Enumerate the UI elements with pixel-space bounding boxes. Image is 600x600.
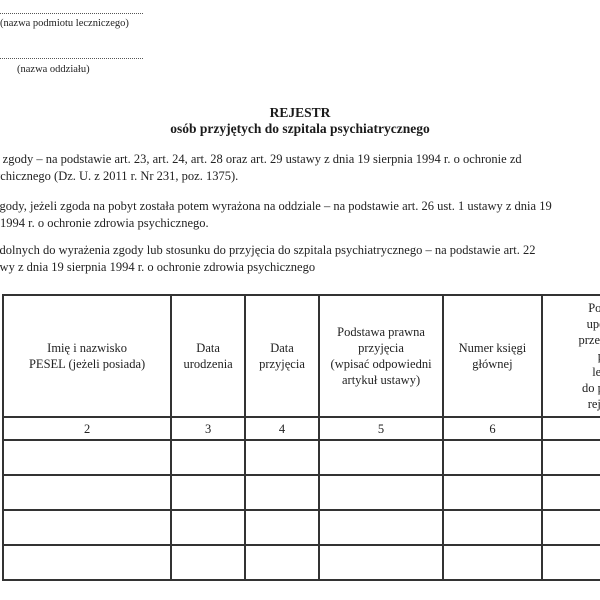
table-cell[interactable] xyxy=(3,475,171,510)
table-cell[interactable] xyxy=(319,510,443,545)
header-cell-legal-basis: Podstawa prawna przyjęcia (wpisać odpowi… xyxy=(319,295,443,417)
column-number: 4 xyxy=(245,417,319,440)
column-number: 5 xyxy=(319,417,443,440)
ward-name-caption: (nazwa oddziału) xyxy=(17,64,90,75)
table-cell[interactable] xyxy=(443,510,542,545)
table-cell[interactable] xyxy=(245,545,319,580)
entity-name-caption: (nazwa podmiotu leczniczego) xyxy=(0,18,129,29)
paragraph-2-line-1: zgody, jeżeli zgoda na pobyt została pot… xyxy=(0,199,552,214)
header-cell-main-book-number: Numer księgi głównej xyxy=(443,295,542,417)
header-cell-name-pesel: Imię i nazwisko PESEL (jeżeli posiada) xyxy=(3,295,171,417)
table-column-number-row: 2 3 4 5 6 7 xyxy=(3,417,600,440)
column-number: 7 xyxy=(542,417,600,440)
table-cell[interactable] xyxy=(319,440,443,475)
table-cell[interactable] xyxy=(443,440,542,475)
table-cell[interactable] xyxy=(542,475,600,510)
table-cell[interactable] xyxy=(171,545,245,580)
table-cell[interactable] xyxy=(245,475,319,510)
table-cell[interactable] xyxy=(443,475,542,510)
table-cell[interactable] xyxy=(542,510,600,545)
table-cell[interactable] xyxy=(542,440,600,475)
header-cell-admission-date: Data przyjęcia xyxy=(245,295,319,417)
document-subtitle: osób przyjętych do szpitala psychiatrycz… xyxy=(0,121,600,137)
header-cell-birth-date: Data urodzenia xyxy=(171,295,245,417)
column-number: 6 xyxy=(443,417,542,440)
table-row xyxy=(3,510,600,545)
table-cell[interactable] xyxy=(245,440,319,475)
column-number: 2 xyxy=(3,417,171,440)
table-cell[interactable] xyxy=(542,545,600,580)
table-cell[interactable] xyxy=(3,440,171,475)
ward-name-dotted-line[interactable] xyxy=(0,58,143,59)
paragraph-3-line-1: zdolnych do wyrażenia zgody lub stosunku… xyxy=(0,243,536,258)
table-row xyxy=(3,440,600,475)
table-cell[interactable] xyxy=(3,545,171,580)
entity-name-dotted-line[interactable] xyxy=(0,13,143,14)
header-cell-signature: Podpis osoby upoważnionej przez kierowni… xyxy=(542,295,600,417)
paragraph-1-line-2: ychicznego (Dz. U. z 2011 r. Nr 231, poz… xyxy=(0,169,238,184)
document-title: REJESTR xyxy=(0,105,600,121)
table-cell[interactable] xyxy=(171,510,245,545)
paragraph-1-line-1: z zgody – na podstawie art. 23, art. 24,… xyxy=(0,152,522,167)
table-row xyxy=(3,475,600,510)
register-table: Imię i nazwisko PESEL (jeżeli posiada) D… xyxy=(2,294,600,581)
paragraph-2-line-2: 1994 r. o ochronie zdrowia psychicznego. xyxy=(0,216,209,231)
table-cell[interactable] xyxy=(171,475,245,510)
table-cell[interactable] xyxy=(319,545,443,580)
table-cell[interactable] xyxy=(245,510,319,545)
table-cell[interactable] xyxy=(319,475,443,510)
table-cell[interactable] xyxy=(171,440,245,475)
table-row xyxy=(3,545,600,580)
paragraph-3-line-2: awy z dnia 19 sierpnia 1994 r. o ochroni… xyxy=(0,260,315,275)
column-number: 3 xyxy=(171,417,245,440)
table-header-row: Imię i nazwisko PESEL (jeżeli posiada) D… xyxy=(3,295,600,417)
table-cell[interactable] xyxy=(443,545,542,580)
table-cell[interactable] xyxy=(3,510,171,545)
